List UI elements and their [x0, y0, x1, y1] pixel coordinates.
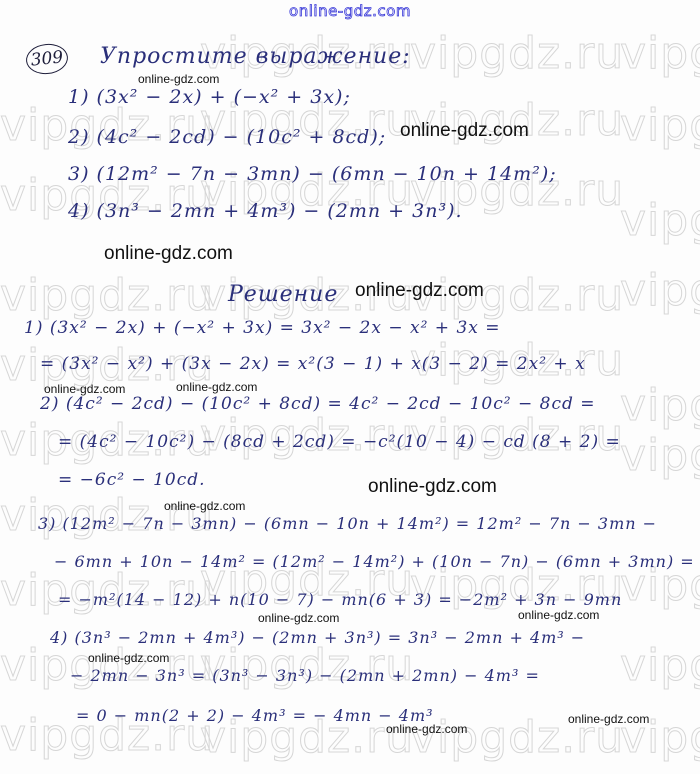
solution-line: = (4c² − 10c²) − (8cd + 2cd) = −c²(10 − …: [58, 432, 621, 452]
problem-1: 1) (3x² − 2x) + (−x² + 3x);: [68, 86, 351, 108]
solution-heading: Решение: [228, 282, 338, 307]
problem-2: 2) (4c² − 2cd) − (10c² + 8cd);: [68, 126, 386, 148]
background-watermark: vipgdz.ru: [620, 380, 700, 431]
site-link[interactable]: online-gdz.com: [0, 2, 700, 20]
watermark-stamp: online-gdz.com: [164, 499, 245, 513]
background-watermark: vipgdz.ru: [620, 640, 700, 691]
watermark-stamp: online-gdz.com: [400, 120, 529, 142]
solution-line: − 6mn + 10n − 14m² = (12m² − 14m²) + (10…: [54, 552, 695, 571]
watermark-stamp: online-gdz.com: [368, 476, 497, 498]
solution-line: = 0 − mn(2 + 2) − 4m³ = − 4mn − 4m³: [76, 706, 434, 725]
watermark-stamp: online-gdz.com: [568, 712, 649, 726]
watermark-stamp: online-gdz.com: [176, 380, 257, 394]
watermark-stamp: online-gdz.com: [88, 651, 169, 665]
watermark-stamp: online-gdz.com: [386, 722, 467, 736]
watermark-stamp: online-gdz.com: [518, 608, 599, 622]
background-watermark: vipgdz.ru: [620, 265, 700, 316]
background-watermark: vipgdz.ru: [0, 270, 214, 321]
solution-line: = −m²(14 − 12) + n(10 − 7) − mn(6 + 3) =…: [58, 590, 622, 609]
background-watermark: vipgdz.ru: [410, 28, 624, 79]
watermark-stamp: online-gdz.com: [258, 611, 339, 625]
solution-line: 3) (12m² − 7n − 3mn) − (6mn − 10n + 14m²…: [38, 514, 657, 533]
watermark-stamp: online-gdz.com: [138, 72, 219, 86]
background-watermark: vipgdz.ru: [620, 195, 700, 246]
watermark-stamp: online-gdz.com: [104, 243, 233, 265]
background-watermark: vipgdz.ru: [620, 100, 700, 151]
solution-line: 1) (3x² − 2x) + (−x² + 3x) = 3x² − 2x − …: [24, 318, 501, 338]
background-watermark: vipgdz.ru: [620, 430, 700, 481]
task-instruction: Упростите выражение:: [100, 44, 411, 69]
homework-page: vipgdz.ru vipgdz.ru vipgdz.ru vipgdz.ru …: [0, 0, 700, 774]
problem-3: 3) (12m² − 7n − 3mn) − (6mn − 10n + 14m²…: [68, 163, 557, 185]
solution-line: 2) (4c² − 2cd) − (10c² + 8cd) = 4c² − 2c…: [40, 394, 596, 414]
watermark-stamp: online-gdz.com: [44, 382, 125, 396]
solution-line: 4) (3n³ − 2mn + 4m³) − (2mn + 3n³) = 3n³…: [50, 628, 585, 647]
solution-line: = −6c² − 10cd.: [58, 470, 206, 490]
background-watermark: vipgdz.ru: [620, 28, 700, 79]
problem-4: 4) (3n³ − 2mn + 4m³) − (2mn + 3n³).: [68, 200, 463, 222]
task-number-badge: 309: [25, 42, 70, 76]
solution-line: − 2mn − 3n³ = (3n³ − 3n³) − (2mn + 2mn) …: [70, 666, 540, 685]
solution-line: = (3x² − x²) + (3x − 2x) = x²(3 − 1) + x…: [40, 354, 586, 374]
watermark-stamp: online-gdz.com: [355, 280, 484, 302]
